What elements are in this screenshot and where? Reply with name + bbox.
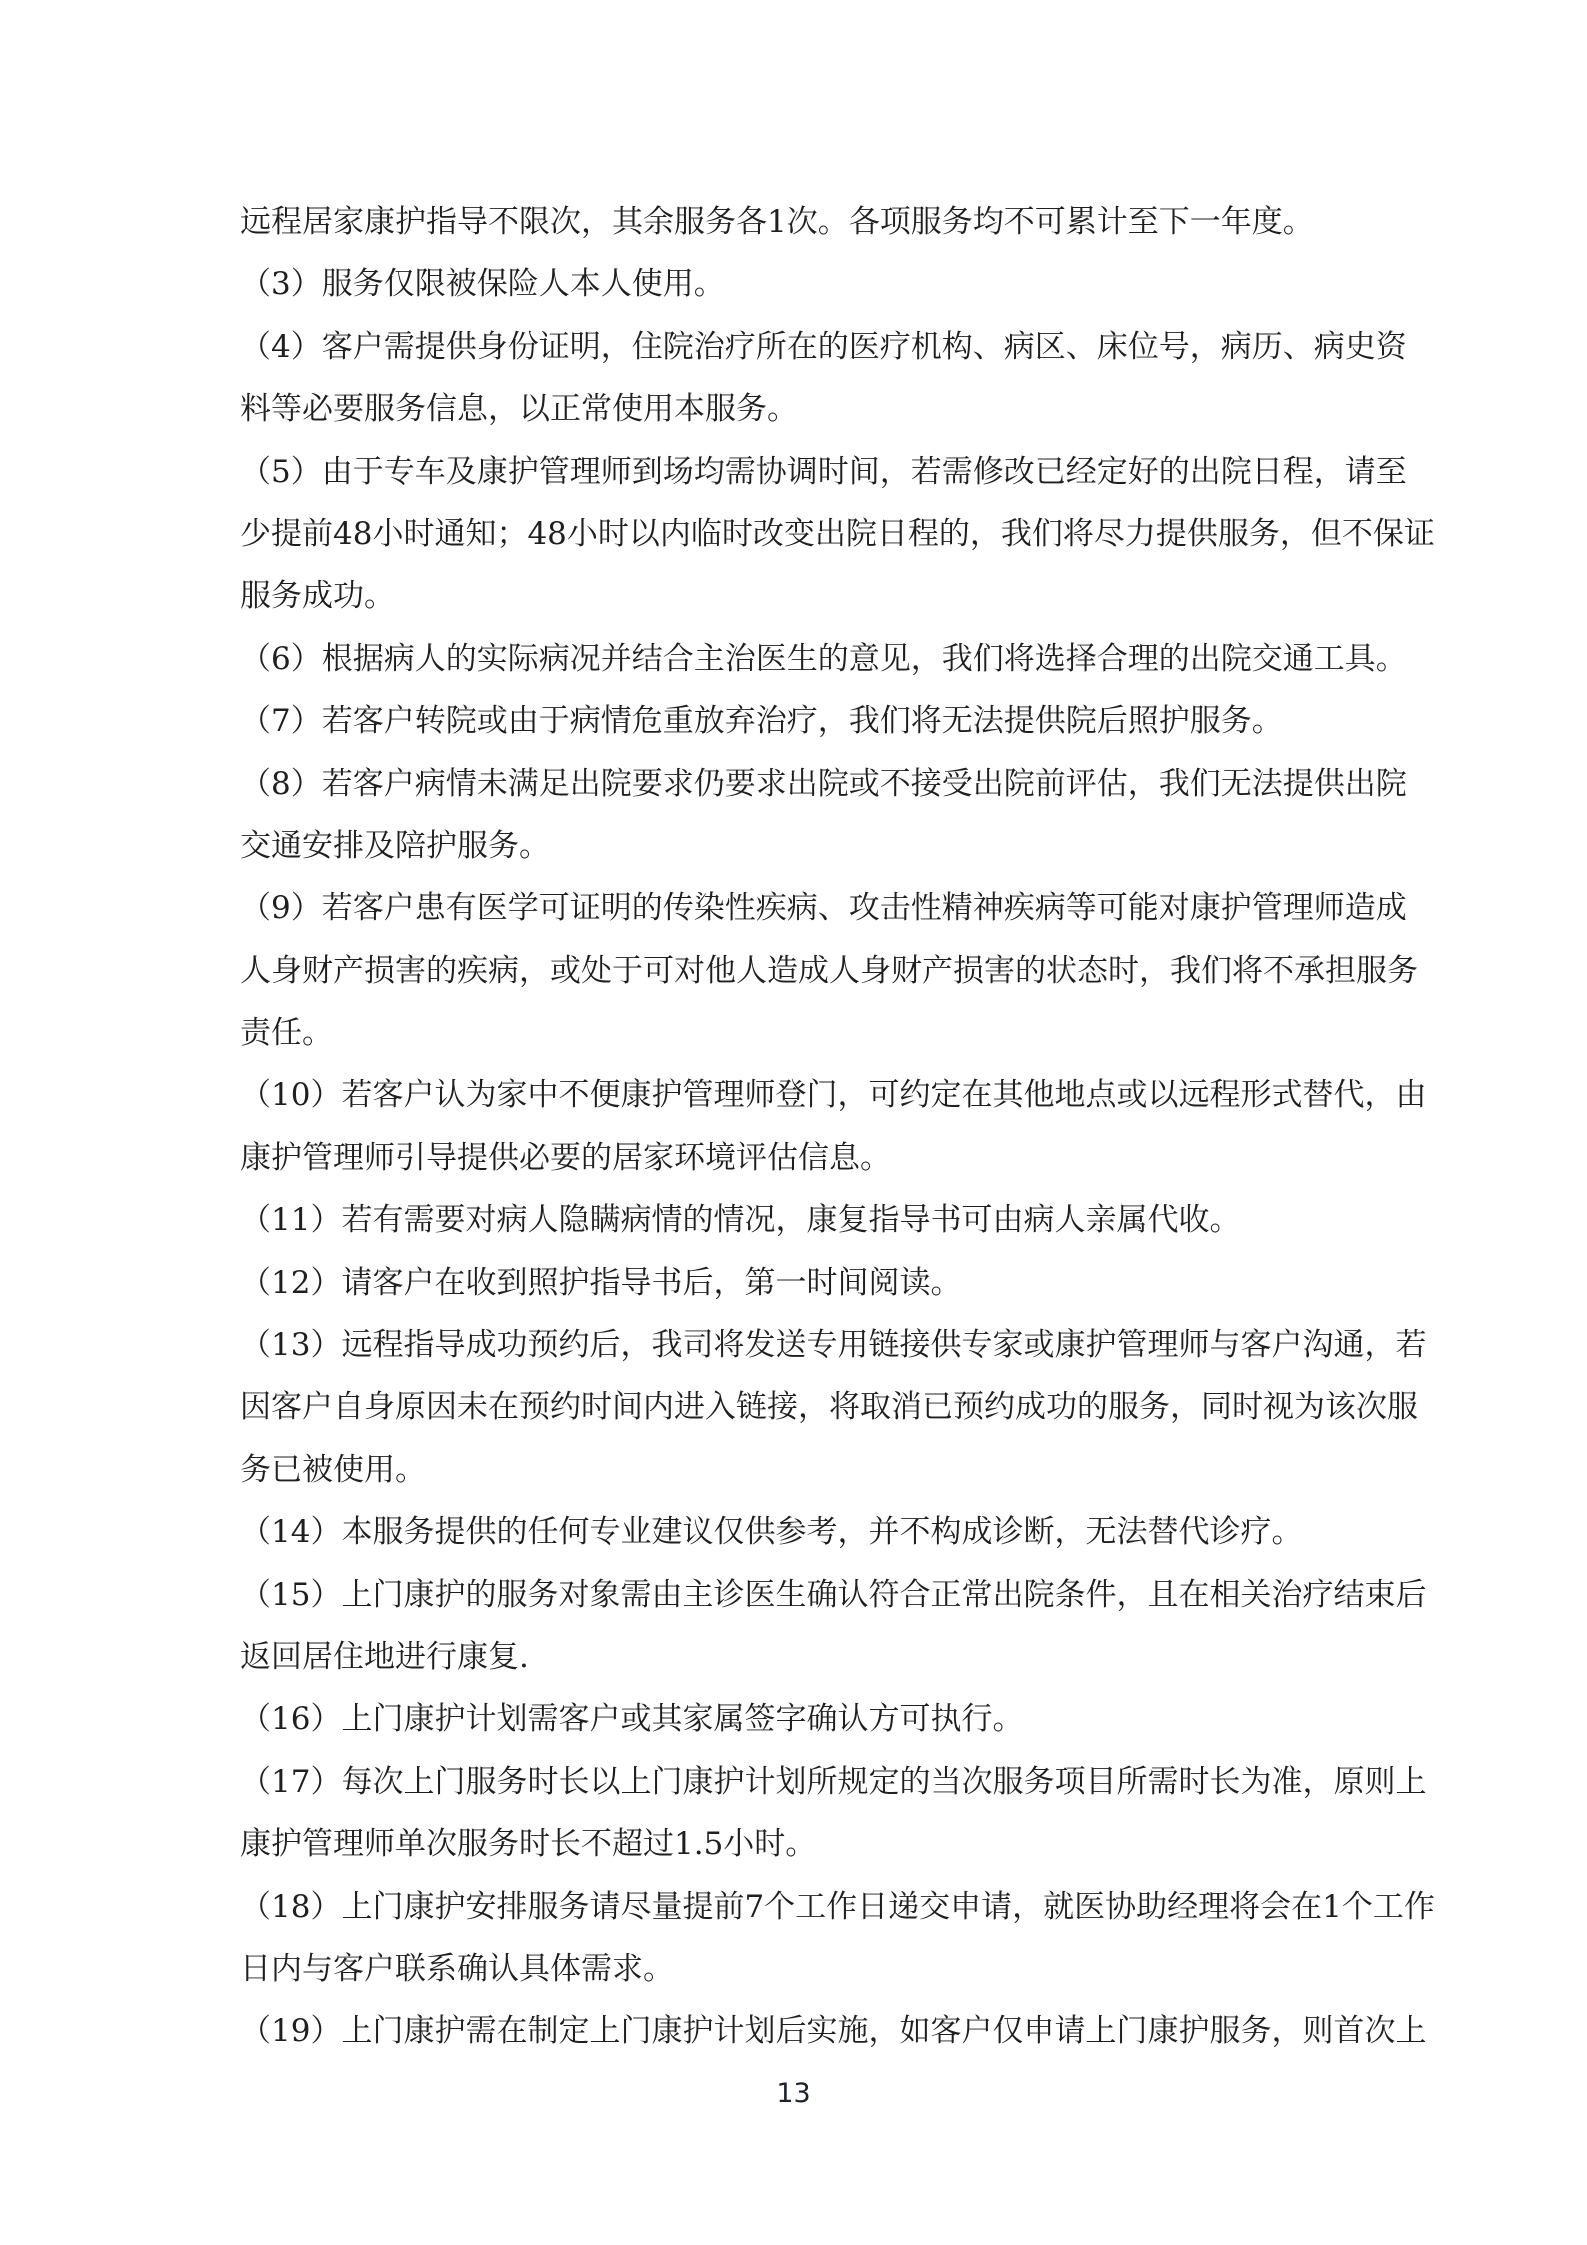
page-number: 13	[776, 2078, 810, 2109]
text-line: （5）由于专车及康护管理师到场均需协调时间，若需修改已经定好的出院日程，请至	[240, 441, 1370, 503]
text-line: 人身财产损害的疾病，或处于可对他人造成人身财产损害的状态时，我们将不承担服务	[240, 940, 1370, 1002]
text-line: （9）若客户患有医学可证明的传染性疾病、攻击性精神疾病等可能对康护管理师造成	[240, 877, 1370, 939]
text-line: （19）上门康护需在制定上门康护计划后实施，如客户仅申请上门康护服务，则首次上	[240, 2000, 1370, 2062]
text-line: 因客户自身原因未在预约时间内进入链接，将取消已预约成功的服务，同时视为该次服	[240, 1376, 1370, 1438]
text-line: 日内与客户联系确认具体需求。	[240, 1938, 1370, 2000]
text-line: 服务成功。	[240, 565, 1370, 627]
text-line: （16）上门康护计划需客户或其家属签字确认方可执行。	[240, 1688, 1370, 1750]
text-line: （7）若客户转院或由于病情危重放弃治疗，我们将无法提供院后照护服务。	[240, 690, 1370, 752]
text-line: 务已被使用。	[240, 1439, 1370, 1501]
text-line: （15）上门康护的服务对象需由主诊医生确认符合正常出院条件，且在相关治疗结束后	[240, 1564, 1370, 1626]
text-line: （17）每次上门服务时长以上门康护计划所规定的当次服务项目所需时长为准，原则上	[240, 1751, 1370, 1813]
text-line: （13）远程指导成功预约后，我司将发送专用链接供专家或康护管理师与客户沟通，若	[240, 1314, 1370, 1376]
text-line: 少提前48小时通知；48小时以内临时改变出院日程的，我们将尽力提供服务，但不保证	[240, 503, 1370, 565]
text-line: （8）若客户病情未满足出院要求仍要求出院或不接受出院前评估，我们无法提供出院	[240, 753, 1370, 815]
text-line: （6）根据病人的实际病况并结合主治医生的意见，我们将选择合理的出院交通工具。	[240, 628, 1370, 690]
page-footer: 13	[0, 2078, 1587, 2109]
text-line: （11）若有需要对病人隐瞒病情的情况，康复指导书可由病人亲属代收。	[240, 1189, 1370, 1251]
body-text: 远程居家康护指导不限次，其余服务各1次。各项服务均不可累计至下一年度。 （3）服…	[240, 191, 1370, 2063]
text-line: （14）本服务提供的任何专业建议仅供参考，并不构成诊断，无法替代诊疗。	[240, 1501, 1370, 1563]
text-line: （4）客户需提供身份证明，住院治疗所在的医疗机构、病区、床位号，病历、病史资	[240, 316, 1370, 378]
text-line: 料等必要服务信息，以正常使用本服务。	[240, 378, 1370, 440]
text-line: 康护管理师单次服务时长不超过1.5小时。	[240, 1813, 1370, 1875]
text-line: 责任。	[240, 1002, 1370, 1064]
text-line: 返回居住地进行康复.	[240, 1626, 1370, 1688]
text-line: 交通安排及陪护服务。	[240, 815, 1370, 877]
text-line: （3）服务仅限被保险人本人使用。	[240, 253, 1370, 315]
text-line: （12）请客户在收到照护指导书后，第一时间阅读。	[240, 1252, 1370, 1314]
text-line: （18）上门康护安排服务请尽量提前7个工作日递交申请，就医协助经理将会在1个工作	[240, 1876, 1370, 1938]
text-line: 远程居家康护指导不限次，其余服务各1次。各项服务均不可累计至下一年度。	[240, 191, 1370, 253]
text-line: 康护管理师引导提供必要的居家环境评估信息。	[240, 1127, 1370, 1189]
document-page: 远程居家康护指导不限次，其余服务各1次。各项服务均不可累计至下一年度。 （3）服…	[0, 0, 1587, 2245]
text-line: （10）若客户认为家中不便康护管理师登门，可约定在其他地点或以远程形式替代，由	[240, 1064, 1370, 1126]
